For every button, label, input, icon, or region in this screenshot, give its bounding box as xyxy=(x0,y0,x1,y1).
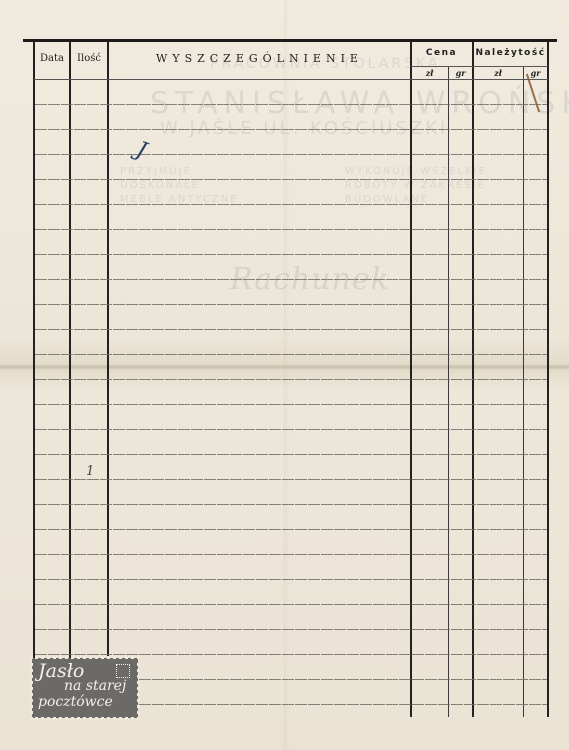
row-rule xyxy=(35,404,547,405)
bleed-right-1: WYKONUJE WSZELKIE xyxy=(345,165,487,179)
row-rule xyxy=(35,579,547,580)
row-rule xyxy=(35,329,547,330)
watermark-stamp: Jasło na starej pocztówce xyxy=(32,658,138,718)
paper-fold-horizontal xyxy=(0,364,569,370)
handwritten-mark: J xyxy=(133,137,150,164)
row-rule xyxy=(35,104,547,105)
row-rule xyxy=(35,479,547,480)
bleed-left-2: DOSKONAŁE xyxy=(120,179,239,193)
header-description: WYSZCZEGÓLNIENIE xyxy=(109,52,410,65)
row-rule xyxy=(35,529,547,530)
row-rule xyxy=(35,454,547,455)
row-rule xyxy=(35,429,547,430)
column-divider-price-zl-gr xyxy=(448,66,449,717)
column-divider-right xyxy=(547,42,549,717)
bleed-through-col-right: WYKONUJE WSZELKIE ROBOTY W ZAKRESIE BUDO… xyxy=(345,165,487,207)
row-rule xyxy=(35,129,547,130)
header-price: Cena xyxy=(411,48,472,58)
header-subdivider xyxy=(411,66,548,67)
row-rule xyxy=(35,279,547,280)
row-rule xyxy=(35,604,547,605)
bleed-through-col-left: PRZYJMUJE DOSKONAŁE MEBLE ANTYCZNE xyxy=(120,165,239,207)
row-rule xyxy=(35,229,547,230)
row-rule xyxy=(35,504,547,505)
table-top-border xyxy=(23,39,557,42)
column-divider-amount-zl-gr xyxy=(523,66,524,717)
row-rule xyxy=(35,304,547,305)
header-quantity: Ilość xyxy=(71,53,107,64)
row-rule xyxy=(35,654,547,655)
bleed-right-2: ROBOTY W ZAKRESIE xyxy=(345,179,487,193)
header-date: Data xyxy=(35,53,69,64)
row-rule xyxy=(35,379,547,380)
row-rule xyxy=(35,354,547,355)
row-rule xyxy=(35,254,547,255)
header-bottom-border xyxy=(34,79,548,80)
row-rule xyxy=(35,629,547,630)
row-rule xyxy=(35,154,547,155)
row-rule xyxy=(35,554,547,555)
handwritten-tick: 1 xyxy=(86,464,94,479)
header-price-zl: zł xyxy=(411,68,448,78)
header-price-gr: gr xyxy=(449,68,472,78)
row-rule xyxy=(35,204,547,205)
watermark-line3: pocztówce xyxy=(38,694,113,710)
row-rule xyxy=(35,179,547,180)
header-amount: Należytość xyxy=(473,48,548,58)
postage-square-icon xyxy=(116,664,130,678)
header-amount-zl: zł xyxy=(473,68,523,78)
watermark-line2: na starej xyxy=(64,678,126,694)
bleed-left-1: PRZYJMUJE xyxy=(120,165,239,179)
